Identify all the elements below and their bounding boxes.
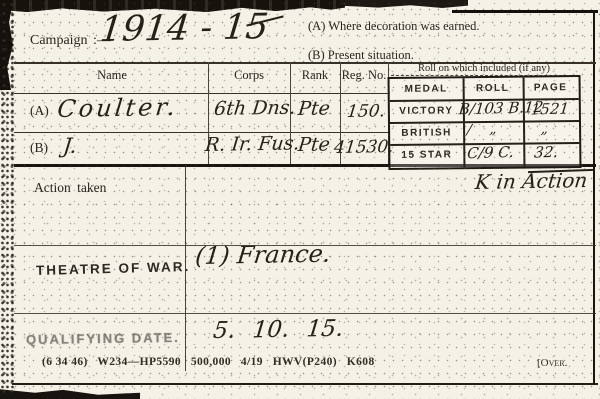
scan-bottom-left-blob (0, 385, 140, 399)
note-present-situation: (B) Present situation. (308, 48, 414, 63)
star-roll-handwritten: C/9 C. (466, 143, 514, 162)
victory-page-handwritten: 1521 (530, 99, 570, 118)
row-b-name-handwritten: J. (62, 134, 78, 158)
row-a-reg-no-handwritten: 150. (346, 101, 386, 122)
medal-15-star-label: 15 STAR (390, 149, 463, 161)
row-b-prefix: (B) (30, 140, 48, 156)
star-page-handwritten: 32. (533, 143, 559, 162)
medal-box-header-roll: ROLL (463, 83, 523, 95)
qualifying-date-value-handwritten: 5. 10. 15. (212, 316, 345, 344)
row-b-corps-handwritten: R. Ir. Fus. (204, 132, 301, 156)
campaign-value-handwritten: 1914 - 15 (98, 7, 270, 50)
col-header-name: Name (16, 68, 208, 83)
medal-british-label: BRITISH (390, 127, 463, 139)
theatre-of-war-value-handwritten: (1) France. (194, 240, 332, 270)
row-a-name-handwritten: Coulter. (56, 93, 179, 123)
british-roll-ditto-handwritten: / „ (466, 121, 497, 138)
action-taken-label: Action taken (34, 180, 106, 196)
medal-index-card: Campaign :— 1914 - 15 (A) Where decorati… (0, 0, 600, 399)
scan-top-edge-artifact-2 (340, 0, 468, 8)
table-row-rule (14, 132, 390, 133)
row-a-rank-handwritten: Pte (297, 97, 331, 120)
british-page-ditto-handwritten: „ (540, 121, 549, 137)
row-a-prefix: (A) (30, 103, 49, 119)
col-header-roll-included: Roll on which included (if any) (391, 63, 577, 76)
col-header-rank: Rank (290, 68, 340, 83)
row-b-rank-handwritten: Pte (297, 133, 331, 156)
scan-left-edge-blob (0, 0, 13, 90)
col-header-corps: Corps (208, 68, 290, 83)
card-top-border (452, 10, 598, 13)
over-note: [Over. (537, 357, 567, 369)
printer-code: (6 34 46) W234—HP5590 500,000 4/19 HWV(P… (42, 356, 375, 368)
medal-box-header-medal: MEDAL (390, 83, 463, 95)
card-right-border (593, 11, 595, 385)
col-header-reg-no: Reg. No. (340, 68, 388, 83)
row-a-corps-handwritten: 6th Dns. (213, 97, 297, 120)
medal-box-header-page: PAGE (523, 82, 579, 94)
medal-victory-label: VICTORY (390, 105, 463, 117)
qualifying-section-rule (14, 313, 596, 314)
theatre-of-war-stamp: THEATRE OF WAR. (36, 259, 191, 278)
note-where-decoration-earned: (A) Where decoration was earned. (308, 19, 480, 34)
row-b-reg-no-handwritten: 41530. (333, 137, 395, 158)
card-bottom-border (12, 383, 598, 385)
medal-roll-page-table: MEDAL ROLL PAGE VICTORY BRITISH 15 STAR … (388, 75, 582, 170)
qualifying-date-stamp: QUALIFYING DATE. (26, 330, 180, 347)
